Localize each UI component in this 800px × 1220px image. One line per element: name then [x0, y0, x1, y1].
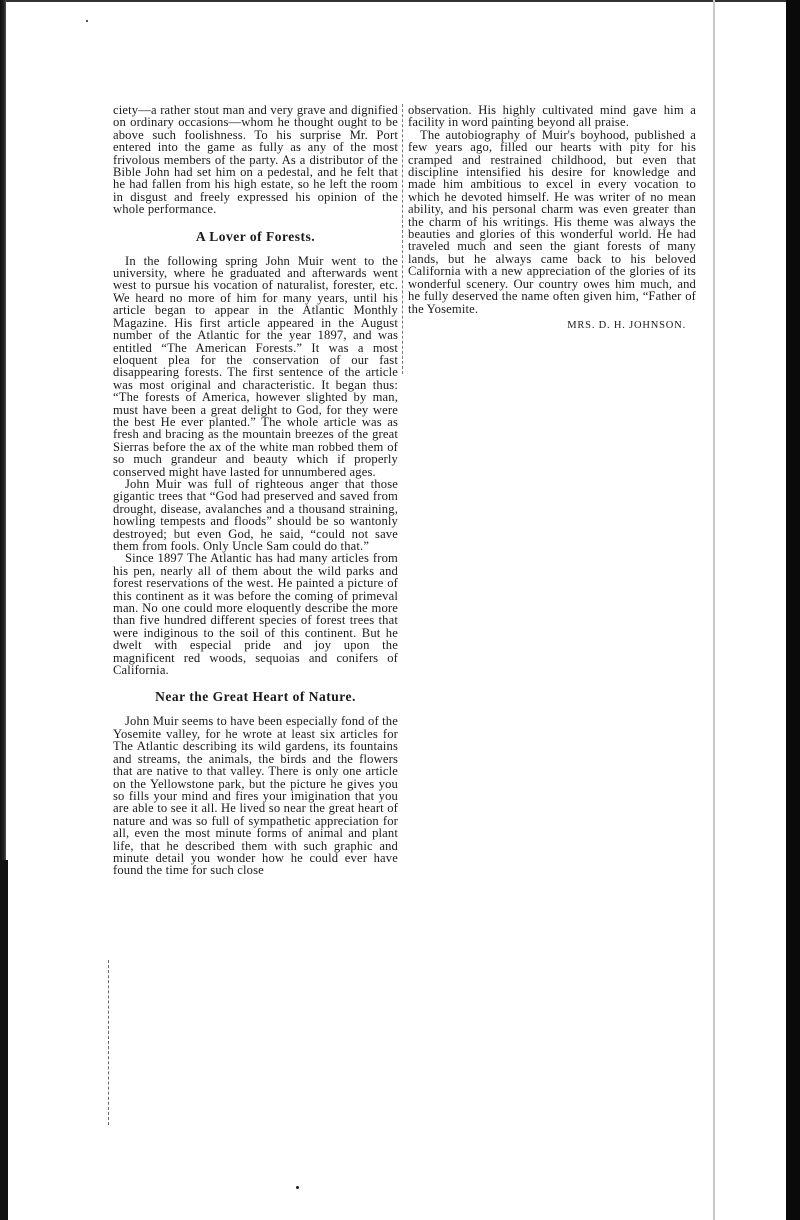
body-paragraph: John Muir seems to have been especially …: [113, 715, 398, 876]
body-paragraph: Since 1897 The Atlantic has had many art…: [113, 552, 398, 676]
scan-right-border: [786, 0, 800, 1220]
scan-speck: [86, 20, 88, 22]
body-paragraph: The autobiography of Muir's boyhood, pub…: [408, 129, 696, 315]
scan-left-border-shadow: [0, 860, 8, 1220]
body-paragraph: ciety—a rather stout man and very grave …: [113, 104, 398, 216]
scan-speck: [296, 1186, 299, 1189]
subheading-lover-of-forests: A Lover of Forests.: [113, 229, 398, 244]
scan-top-border: [0, 0, 800, 2]
subheading-great-heart-of-nature: Near the Great Heart of Nature.: [113, 689, 398, 704]
author-signature: MRS. D. H. JOHNSON.: [408, 320, 696, 332]
column-margin-rule: [108, 960, 110, 1125]
body-paragraph: John Muir was full of righteous anger th…: [113, 478, 398, 552]
body-paragraph: In the following spring John Muir went t…: [113, 255, 398, 478]
left-column: ciety—a rather stout man and very grave …: [113, 104, 398, 877]
body-paragraph: observation. His highly cultivated mind …: [408, 104, 696, 129]
column-divider: [402, 104, 404, 374]
page-fold-line: [713, 0, 715, 1220]
right-column: observation. His highly cultivated mind …: [408, 104, 696, 332]
